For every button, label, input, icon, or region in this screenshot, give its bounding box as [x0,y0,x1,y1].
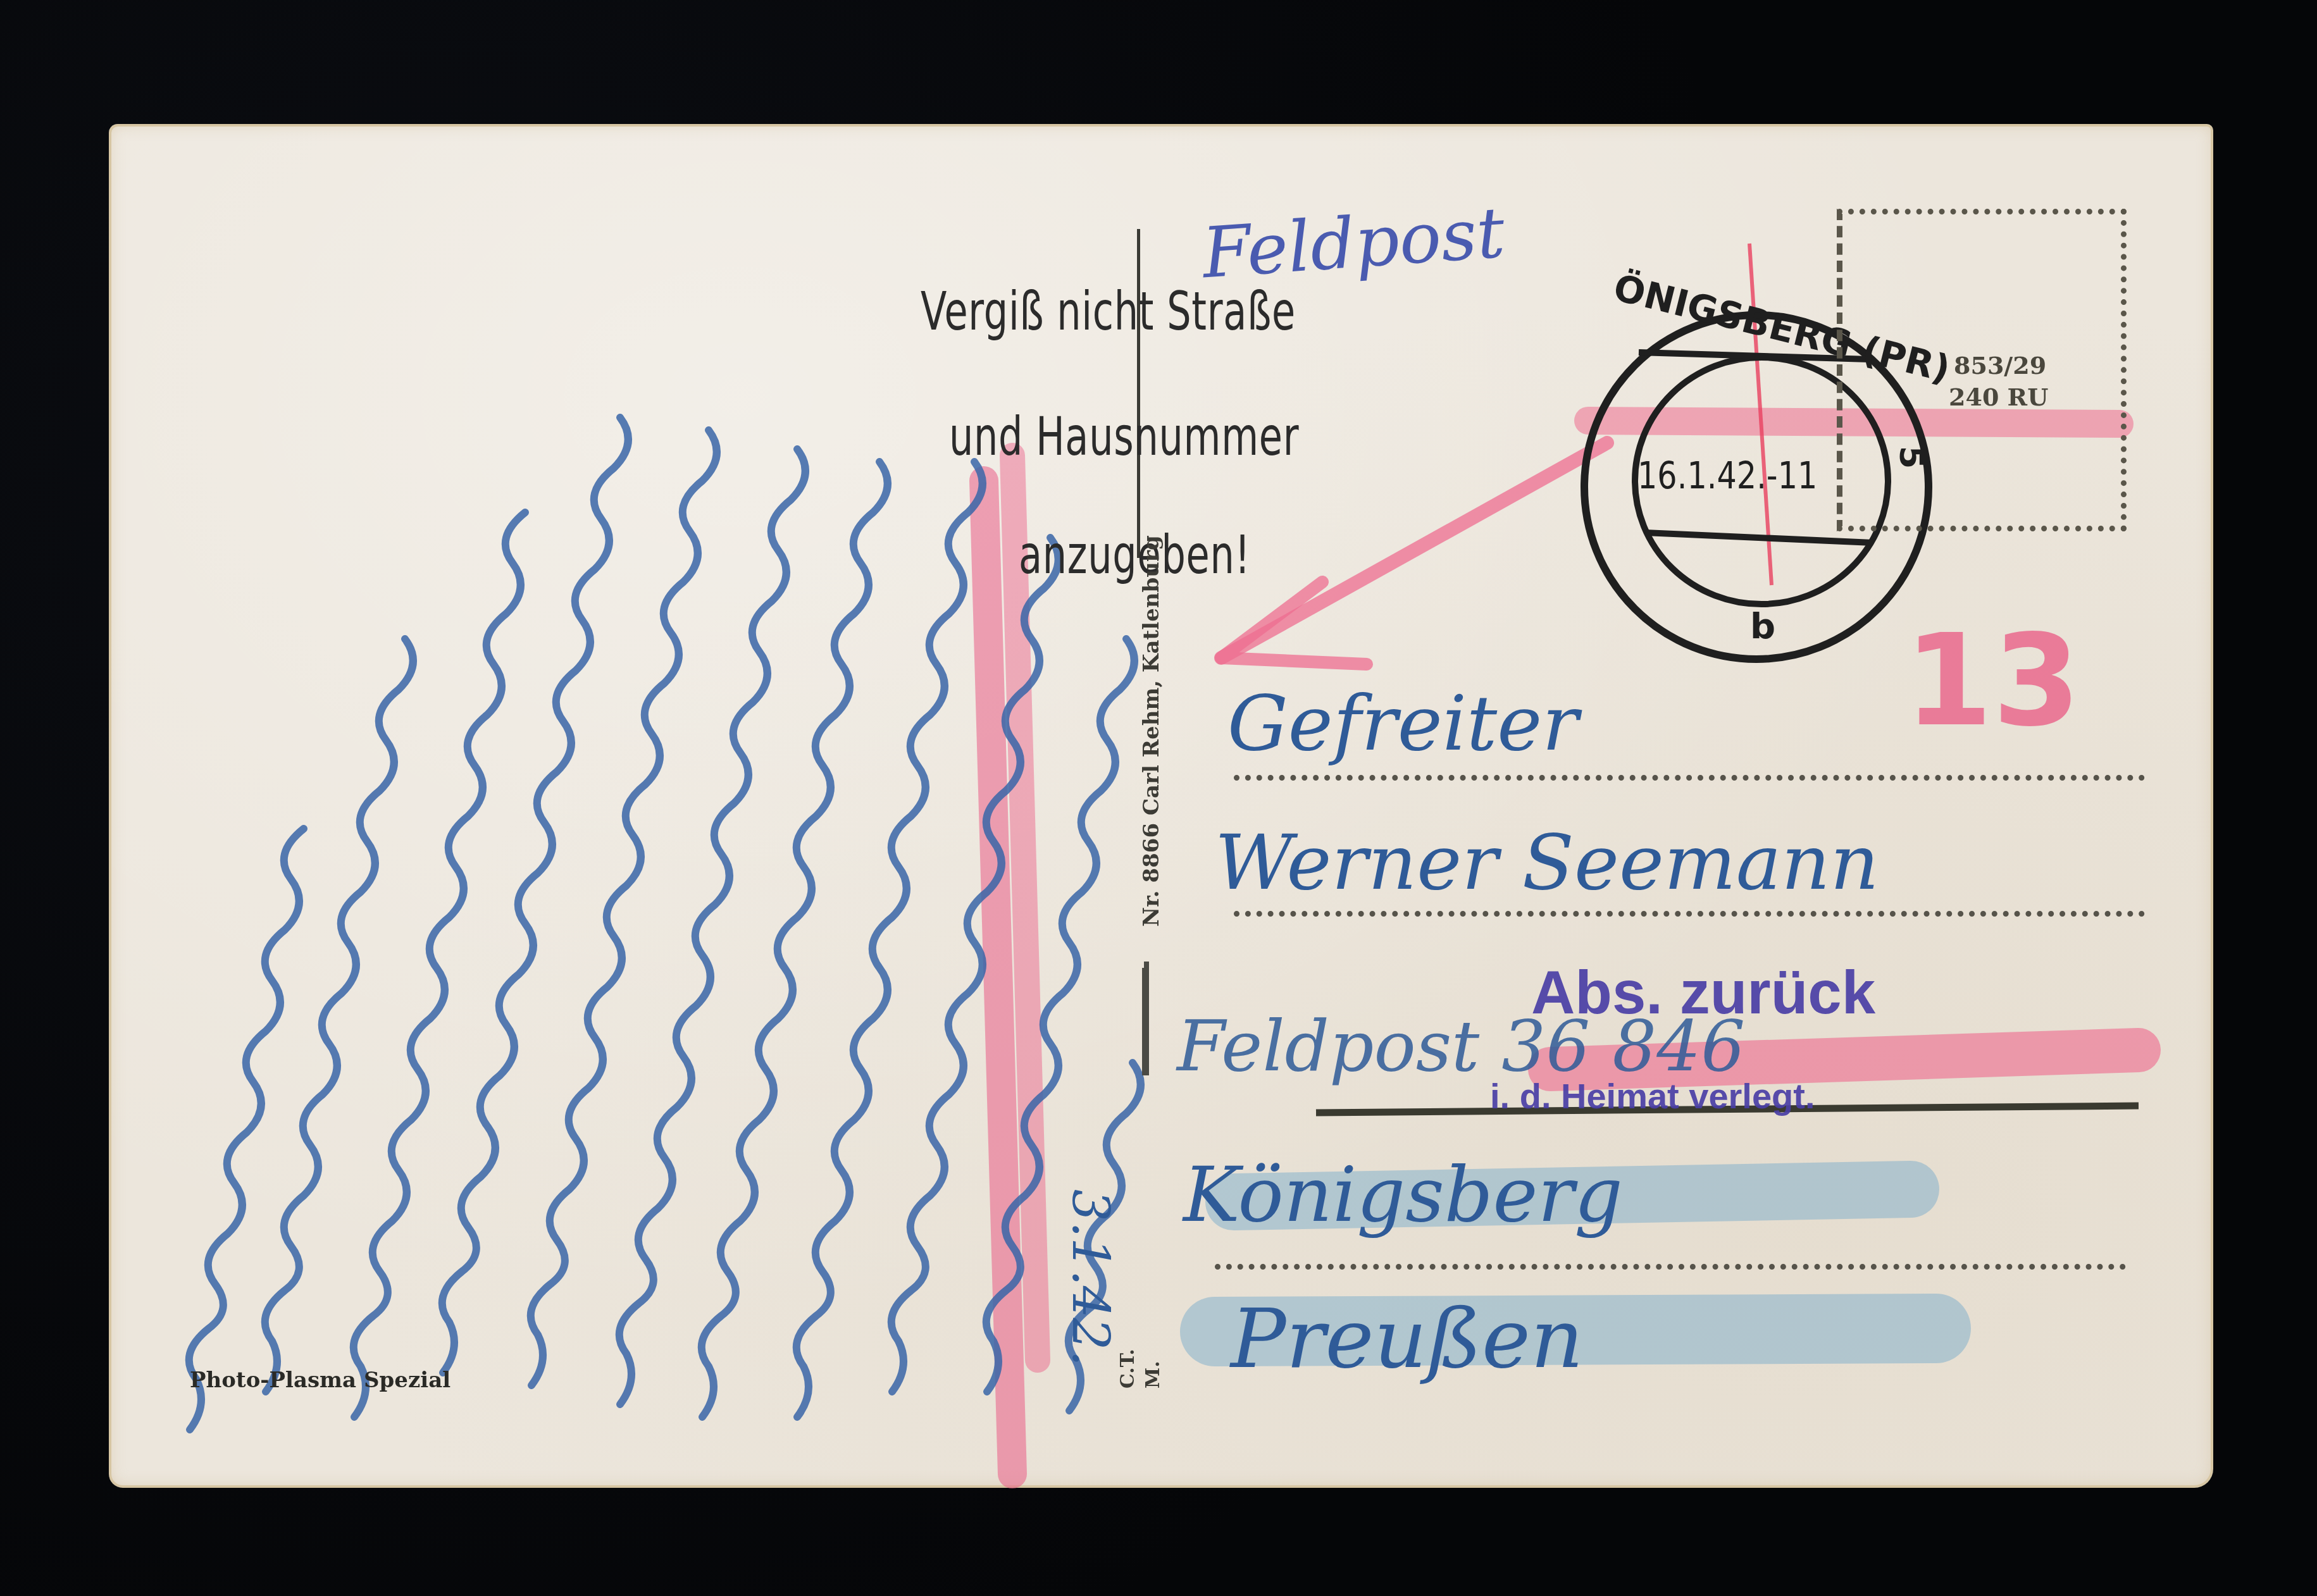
stamp-box-code: 853/29 [1954,350,2046,381]
paper-imprint: Photo-Plasma Spezial [190,1368,450,1393]
postmark-date: 16.1.42.-11 [1637,454,1817,497]
address-line-1 [1234,775,2145,781]
handwritten-address-4: Königsberg [1183,1151,1623,1239]
publisher-imprint: Nr. 8866 Carl Rehm, Katlenburg [1139,535,1164,927]
divider-rule-upper [1142,968,1147,1075]
address-line-4 [1215,1264,2126,1270]
cancel-divider-line [1137,229,1140,558]
cancel-slogan-line-2: und Hausnummer [949,410,1299,463]
postmark-series-letter: b [1750,606,1775,647]
publisher-initials-1: C.T. [1117,1349,1139,1389]
stamp-box-series: 240 RU [1949,381,2048,413]
handwritten-address-2: Werner Seemann [1215,819,1879,907]
handwritten-address-5: Preußen [1231,1290,1584,1387]
handwritten-address-1: Gefreiter [1227,680,1579,768]
cancel-slogan-line-1: Vergiß nicht Straße [921,285,1296,338]
pink-arrow-shaft [1221,443,1607,658]
publisher-initials-2: M. [1142,1361,1164,1389]
handwritten-address-3: Feldpost 36 846 [1177,1006,1745,1087]
pencil-number: 13 [1904,607,2080,755]
cancel-slogan-line-3: anzugeben! [1019,528,1250,581]
address-line-2 [1234,911,2145,917]
handwritten-date: 3.1.42. [1061,1189,1120,1366]
